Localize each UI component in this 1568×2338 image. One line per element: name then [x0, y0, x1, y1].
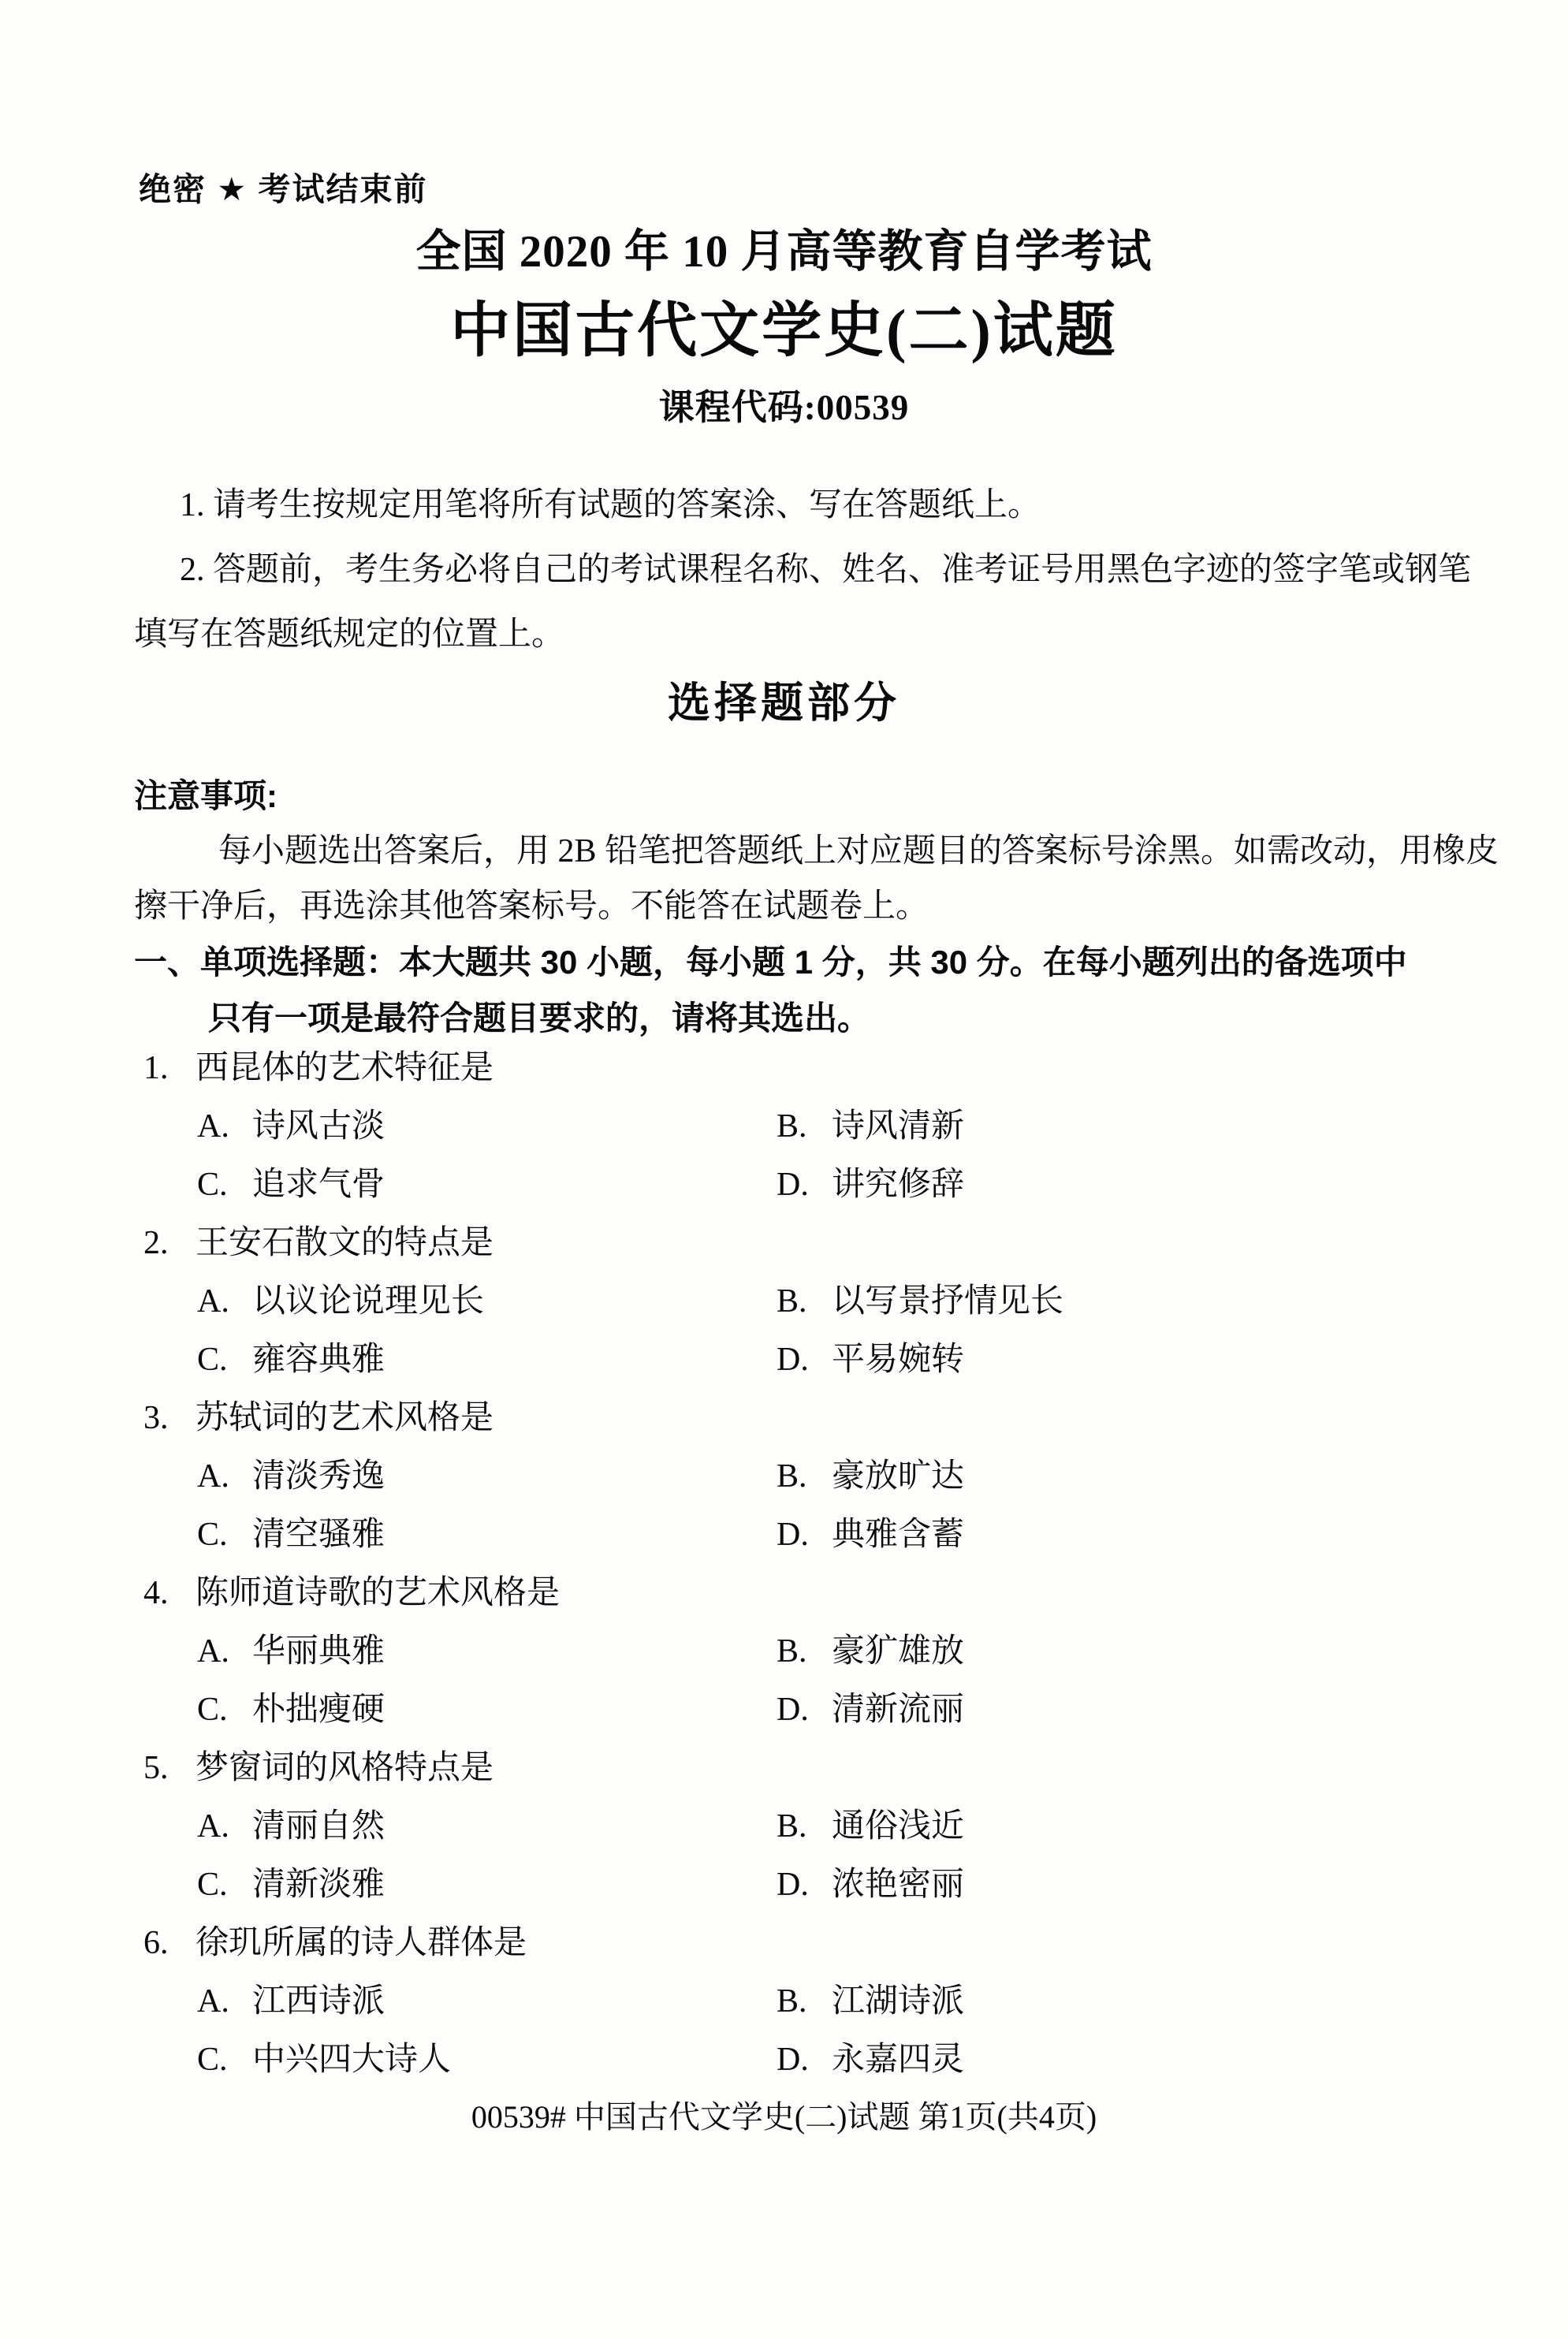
option-a: A.江西诗派: [197, 1983, 385, 2020]
question-5-options-cd: C.清新淡雅 D.浓艳密丽: [0, 1867, 1568, 1908]
option-d-label: D.: [777, 1342, 832, 1379]
option-c-text: 清空骚雅: [252, 1517, 385, 1553]
option-c-label: C.: [197, 2042, 252, 2079]
question-number: 1.: [143, 1050, 196, 1087]
option-a-label: A.: [197, 1983, 252, 2020]
option-b-label: B.: [777, 1283, 832, 1320]
option-c-label: C.: [197, 1342, 252, 1379]
option-d-text: 清新流丽: [832, 1692, 964, 1728]
option-c-label: C.: [197, 1867, 252, 1904]
option-b-text: 通俗浅近: [832, 1808, 964, 1845]
option-d-text: 讲究修辞: [832, 1167, 964, 1203]
question-number: 5.: [143, 1750, 196, 1787]
question-number: 3.: [143, 1400, 196, 1437]
option-d-label: D.: [777, 1517, 832, 1554]
question-2-options-cd: C.雍容典雅 D.平易婉转: [0, 1342, 1568, 1383]
option-a: A.华丽典雅: [197, 1633, 385, 1670]
option-a-text: 江西诗派: [252, 1983, 385, 2020]
option-a: A.清淡秀逸: [197, 1458, 385, 1495]
option-b: B.通俗浅近: [777, 1808, 964, 1845]
subject-title: 中国古代文学史(二)试题: [0, 298, 1568, 365]
option-d-label: D.: [777, 2042, 832, 2079]
option-d-text: 平易婉转: [832, 1342, 964, 1378]
question-text: 王安石散文的特点是: [196, 1225, 493, 1261]
option-b: B.江湖诗派: [777, 1983, 964, 2020]
option-b-label: B.: [777, 1808, 832, 1845]
exam-page: 绝密 ★ 考试结束前 全国 2020 年 10 月高等教育自学考试 中国古代文学…: [0, 0, 1568, 2338]
question-6: 6.徐玑所属的诗人群体是: [143, 1925, 527, 1962]
option-d-label: D.: [777, 1692, 832, 1729]
instruction-1: 1. 请考生按规定用笔将所有试题的答案涂、写在答题纸上。: [180, 487, 1041, 524]
option-d: D.平易婉转: [777, 1342, 964, 1379]
option-a: A.诗风古淡: [197, 1108, 385, 1145]
question-1: 1.西昆体的艺术特征是: [143, 1050, 493, 1087]
option-c: C.清空骚雅: [197, 1517, 385, 1554]
option-d-text: 浓艳密丽: [832, 1867, 964, 1903]
option-a-label: A.: [197, 1458, 252, 1495]
option-c: C.朴拙瘦硬: [197, 1692, 385, 1729]
option-c-text: 清新淡雅: [252, 1867, 385, 1903]
option-a-text: 清丽自然: [252, 1808, 385, 1845]
question-3-options-cd: C.清空骚雅 D.典雅含蓄: [0, 1517, 1568, 1558]
option-a: A.清丽自然: [197, 1808, 385, 1845]
option-b: B.诗风清新: [777, 1108, 964, 1145]
option-c: C.追求气骨: [197, 1167, 385, 1204]
option-d-text: 永嘉四灵: [832, 2042, 964, 2078]
option-b-label: B.: [777, 1108, 832, 1145]
option-c-text: 中兴四大诗人: [252, 2042, 451, 2078]
option-a-text: 华丽典雅: [252, 1633, 385, 1670]
option-a-text: 以议论说理见长: [252, 1283, 484, 1320]
option-d-label: D.: [777, 1167, 832, 1204]
option-b-label: B.: [777, 1458, 832, 1495]
question-2: 2.王安石散文的特点是: [143, 1225, 493, 1262]
option-b-text: 以写景抒情见长: [832, 1283, 1063, 1320]
option-b-text: 江湖诗派: [832, 1983, 964, 2020]
option-b-text: 豪放旷达: [832, 1458, 964, 1495]
option-a-label: A.: [197, 1283, 252, 1320]
question-text: 徐玑所属的诗人群体是: [196, 1925, 527, 1961]
option-b: B.以写景抒情见长: [777, 1283, 1063, 1320]
option-a-label: A.: [197, 1633, 252, 1670]
option-d: D.永嘉四灵: [777, 2042, 964, 2079]
option-b: B.豪犷雄放: [777, 1633, 964, 1670]
question-text: 梦窗词的风格特点是: [196, 1750, 493, 1786]
option-c-label: C.: [197, 1167, 252, 1204]
notes-line-2: 擦干净后，再选涂其他答案标号。不能答在试题卷上。: [134, 888, 929, 925]
option-d-label: D.: [777, 1867, 832, 1904]
notes-label: 注意事项:: [134, 777, 277, 814]
option-c-text: 朴拙瘦硬: [252, 1692, 385, 1728]
course-code: 课程代码:00539: [0, 388, 1568, 427]
notes-line-1: 每小题选出答案后，用 2B 铅笔把答题纸上对应题目的答案标号涂黑。如需改动，用橡…: [218, 833, 1499, 870]
option-b-label: B.: [777, 1983, 832, 2020]
option-c-text: 雍容典雅: [252, 1342, 385, 1378]
option-c: C.清新淡雅: [197, 1867, 385, 1904]
option-d: D.清新流丽: [777, 1692, 964, 1729]
question-text: 西昆体的艺术特征是: [196, 1050, 493, 1086]
option-d: D.典雅含蓄: [777, 1517, 964, 1554]
option-a: A.以议论说理见长: [197, 1283, 484, 1320]
option-d: D.浓艳密丽: [777, 1867, 964, 1904]
option-c: C.中兴四大诗人: [197, 2042, 451, 2079]
question-number: 4.: [143, 1575, 196, 1612]
question-1-options-cd: C.追求气骨 D.讲究修辞: [0, 1167, 1568, 1208]
question-6-options-ab: A.江西诗派 B.江湖诗派: [0, 1983, 1568, 2024]
option-c-label: C.: [197, 1692, 252, 1729]
option-b-label: B.: [777, 1633, 832, 1670]
question-5-options-ab: A.清丽自然 B.通俗浅近: [0, 1808, 1568, 1849]
secrecy-banner: 绝密 ★ 考试结束前: [139, 172, 428, 208]
section-heading: 选择题部分: [0, 679, 1568, 727]
exam-title: 全国 2020 年 10 月高等教育自学考试: [0, 227, 1568, 277]
part1-heading: 一、单项选择题：本大题共 30 小题，每小题 1 分，共 30 分。在每小题列出…: [134, 944, 1407, 981]
question-3-options-ab: A.清淡秀逸 B.豪放旷达: [0, 1458, 1568, 1499]
question-3: 3.苏轼词的艺术风格是: [143, 1400, 493, 1437]
option-c-text: 追求气骨: [252, 1167, 385, 1203]
question-text: 苏轼词的艺术风格是: [196, 1400, 493, 1436]
question-1-options-ab: A.诗风古淡 B.诗风清新: [0, 1108, 1568, 1149]
option-b: B.豪放旷达: [777, 1458, 964, 1495]
instruction-2: 2. 答题前，考生务必将自己的考试课程名称、姓名、准考证号用黑色字迹的签字笔或钢…: [180, 552, 1471, 589]
question-4-options-ab: A.华丽典雅 B.豪犷雄放: [0, 1633, 1568, 1674]
question-6-options-cd: C.中兴四大诗人 D.永嘉四灵: [0, 2042, 1568, 2083]
option-d: D.讲究修辞: [777, 1167, 964, 1204]
option-a-text: 清淡秀逸: [252, 1458, 385, 1495]
part1-heading-continued: 只有一项是最符合题目要求的，请将其选出。: [208, 1000, 870, 1037]
option-b-text: 诗风清新: [832, 1108, 964, 1145]
page-footer: 00539# 中国古代文学史(二)试题 第1页(共4页): [0, 2100, 1568, 2135]
question-number: 2.: [143, 1225, 196, 1262]
option-a-label: A.: [197, 1808, 252, 1845]
question-5: 5.梦窗词的风格特点是: [143, 1750, 493, 1787]
question-2-options-ab: A.以议论说理见长 B.以写景抒情见长: [0, 1283, 1568, 1324]
question-text: 陈师道诗歌的艺术风格是: [196, 1575, 560, 1611]
question-4-options-cd: C.朴拙瘦硬 D.清新流丽: [0, 1692, 1568, 1733]
option-b-text: 豪犷雄放: [832, 1633, 964, 1670]
option-a-label: A.: [197, 1108, 252, 1145]
question-number: 6.: [143, 1925, 196, 1962]
option-c: C.雍容典雅: [197, 1342, 385, 1379]
option-c-label: C.: [197, 1517, 252, 1554]
option-a-text: 诗风古淡: [252, 1108, 385, 1145]
question-4: 4.陈师道诗歌的艺术风格是: [143, 1575, 560, 1612]
instruction-2-continued: 填写在答题纸规定的位置上。: [134, 616, 564, 653]
option-d-text: 典雅含蓄: [832, 1517, 964, 1553]
